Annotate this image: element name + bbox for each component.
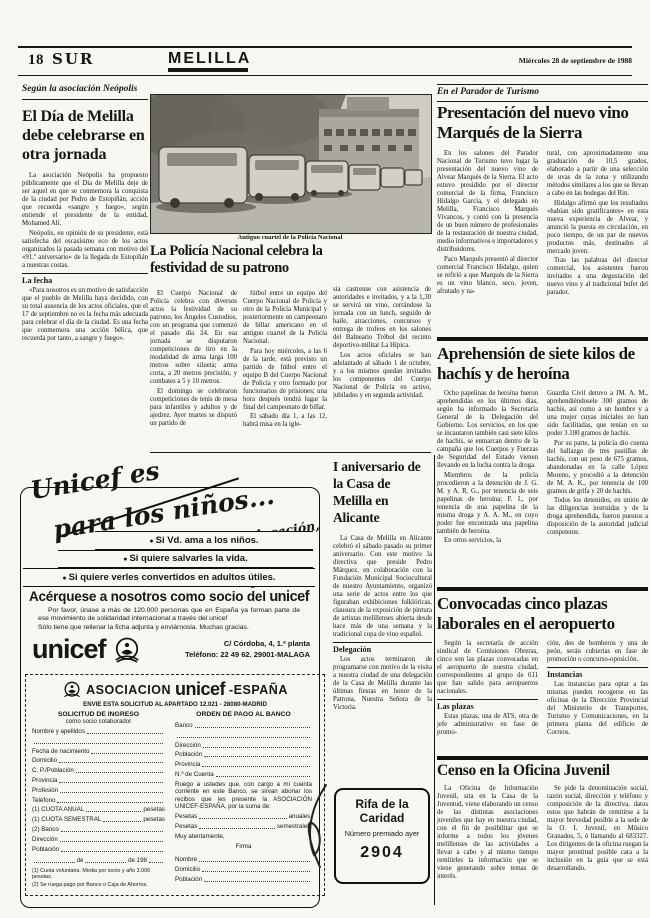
section-divider	[437, 756, 648, 760]
form-field-label: Fecha de nacimiento	[32, 748, 89, 755]
form-field-label: Domicilio	[175, 866, 200, 873]
header-bottom-rule	[18, 75, 632, 76]
form-field-label: Pesetas	[175, 823, 197, 830]
police-photo	[150, 94, 432, 234]
dotted-line	[199, 823, 275, 829]
association-label: ASOCIACION	[86, 683, 171, 697]
date-word: de	[77, 857, 84, 864]
article-body: Las instancias para optar a las mismas p…	[547, 681, 648, 737]
signature-label: Firma	[175, 843, 312, 850]
form-field-row: Pesetasanuales.	[175, 813, 312, 820]
article-aniversario: I aniversario de la Casa de Melilla en A…	[333, 458, 432, 714]
paragraph: Los actos terminaron de programarse con …	[333, 656, 432, 712]
dotted-line	[86, 806, 141, 812]
paragraph: Las instancias para optar a las mismas p…	[547, 681, 648, 737]
paragraph: En otros servicios, la	[437, 537, 538, 545]
paragraph: Miembros de la policía procedieron a la …	[437, 472, 538, 536]
coupon-send-line: ENVIE ESTA SOLICITUD AL APARTADO 12.021 …	[32, 701, 318, 708]
coupon-bottom-fields: NombreDomicilioPoblación	[175, 856, 312, 883]
form-field-label: Población	[175, 751, 202, 758]
article-column: tural, con aproximadamente una graduació…	[547, 150, 648, 333]
article-column: Guardia Civil detuvo a JM. A. M., aprehe…	[547, 390, 648, 583]
dotted-line	[61, 826, 163, 832]
form-field-row: Provincia	[175, 761, 312, 768]
coupon-left-subtitle: como socio colaborador	[32, 718, 165, 725]
form-field-row: Población	[175, 876, 312, 883]
ad-intro-paragraph: Por favor, únase a más de 120.000 person…	[38, 607, 300, 623]
dotted-line	[177, 732, 310, 738]
section-title: MELILLA	[168, 50, 251, 68]
form-field-label: Pesetas	[175, 813, 197, 820]
article-body: ción, dos de bomberos y una de peón, ser…	[547, 640, 648, 664]
form-field-row: (1) CUOTA SEMESTRALpesetas	[32, 816, 165, 823]
subhead-delegacion: Delegación	[333, 642, 432, 654]
dotted-line	[91, 748, 163, 754]
unicef-wordmark: unicef	[269, 589, 309, 605]
form-field-label: Teléfono	[32, 797, 55, 804]
unicef-address: C/ Córdoba, 4, 1.ª planta Teléfono: 22 4…	[148, 639, 310, 660]
form-field-label: (1) CUOTA ANUAL	[32, 806, 84, 813]
headline: I aniversario de la Casa de Melilla en A…	[333, 458, 432, 526]
kicker: En el Parador de Turismo	[437, 84, 648, 102]
form-field-row: N.º de Cuenta	[175, 771, 312, 778]
dotted-line	[216, 771, 310, 777]
form-field-row: C. P./Población	[32, 767, 165, 774]
ad-bullet-2: Si quiere salvarles la vida.	[58, 550, 313, 569]
form-field-label: Dirección	[175, 742, 201, 749]
form-field-row: Población	[32, 846, 165, 853]
ad-intro: Por favor, únase a más de 120.000 person…	[38, 607, 300, 634]
coupon-right-title: ORDEN DE PAGO AL BANCO	[175, 711, 312, 718]
form-field-row	[32, 738, 165, 745]
form-field-label: Domicilio	[32, 757, 57, 764]
header-top-rule	[18, 46, 632, 48]
rifa-label: Número premiado ayer	[336, 830, 428, 839]
section-underline	[168, 68, 248, 72]
unicef-coupon: ASOCIACION unicef -ESPAÑA ENVIE ESTA SOL…	[25, 674, 325, 896]
article-column: Según la secretaría de acción sindical d…	[437, 640, 538, 753]
paragraph: «Para nosotros es un motivo de satisfacc…	[22, 287, 148, 343]
headline: Presentación del nuevo vino Marqués de l…	[437, 103, 648, 143]
dotted-line	[103, 816, 141, 822]
ad-cta-text: Acérquese a nosotros como socio del	[29, 589, 269, 604]
form-field-row: (1) CUOTA ANUALpesetas	[32, 806, 165, 813]
paragraph: La Oficina de Información Juvenil, sita …	[437, 785, 538, 881]
association-suffix: -ESPAÑA	[229, 683, 288, 697]
newspaper-page: 18 SUR MELILLA Miércoles 28 de septiembr…	[0, 0, 650, 918]
headline: El Día de Melilla debe celebrarse en otr…	[22, 107, 148, 164]
form-field-label: Nombre	[175, 856, 197, 863]
coupon-left-fields: Nombre y apellidosFecha de nacimientoDom…	[32, 728, 165, 853]
address-line2: Teléfono: 22 49 62. 29001-MALAGA	[185, 650, 310, 659]
dotted-line	[202, 761, 310, 767]
headline: Aprehensión de siete kilos de hachís y d…	[437, 344, 648, 384]
dotted-line	[60, 787, 163, 793]
paragraph: Para hoy miércoles, a las 6 de la tarde,…	[243, 348, 327, 412]
paragraph: Guardia Civil detuvo a JM. A. M., aprehe…	[547, 390, 648, 438]
headline: La Policía Nacional celebra la festivida…	[150, 243, 342, 277]
article-column: sia castrense con asistencia de autorida…	[333, 286, 431, 450]
coupon-columns: SOLICITUD DE INGRESO como socio colabora…	[32, 711, 318, 889]
coupon-closing: Muy atentamente,	[175, 833, 312, 840]
masthead-logo: SUR	[52, 50, 94, 68]
pen-scribble	[304, 783, 330, 869]
subhead-las-plazas: Las plazas	[437, 699, 538, 711]
headline: Convocadas cinco plazas laborales en el …	[437, 594, 648, 634]
paragraph: fútbol entre un equipo del Cuerpo Nacion…	[243, 290, 327, 346]
dotted-line	[85, 857, 126, 863]
coupon-order-text: Ruego a ustedes que, con cargo a mi cuen…	[175, 781, 312, 811]
coupon-header: ASOCIACION unicef -ESPAÑA	[32, 679, 318, 700]
form-field-label: C. P./Población	[32, 767, 74, 774]
article-body: «Para nosotros es un motivo de satisfacc…	[22, 287, 148, 343]
police-photo-illustration	[151, 95, 431, 233]
article-body: Según la secretaría de acción sindical d…	[437, 640, 538, 696]
form-field-row: Profesión	[32, 787, 165, 794]
paragraph: La Casa de Melilla en Alicante celebró e…	[333, 535, 432, 639]
form-field-row: Población	[175, 751, 312, 758]
coupon-footnotes: (1) Cuota voluntaria. Media por socio y …	[32, 868, 165, 889]
form-field-row: Nombre	[175, 856, 312, 863]
form-field-label: Banco	[175, 722, 193, 729]
article-column: ción, dos de bomberos y una de peón, ser…	[547, 640, 648, 753]
form-field-row: Nombre y apellidos	[32, 728, 165, 735]
form-field-row: Dirección	[32, 836, 165, 843]
form-field-row: Domicilio	[175, 866, 312, 873]
form-field-row: Provincia	[32, 777, 165, 784]
dotted-line	[61, 846, 163, 852]
article-column: En los salones del Parador Nacional de T…	[437, 150, 538, 333]
form-field-label: Población	[32, 846, 59, 853]
unicef-wordmark: unicef	[175, 679, 225, 700]
subhead-la-fecha: La fecha	[22, 273, 148, 285]
paragraph: Todos los detenidos, en unión de las dil…	[547, 497, 648, 537]
article-body: La asociación Neópolis ha propuesto públ…	[22, 172, 148, 270]
dotted-line	[203, 742, 310, 748]
column-divider	[434, 455, 435, 905]
form-field-row: Fecha de nacimiento	[32, 748, 165, 755]
article-bottom-rule	[150, 452, 431, 453]
article-column: Ocho papelinas de heroína fueron aprehen…	[437, 390, 538, 583]
footnote: (2) Se ruega pago por Banco o Caja de Ah…	[32, 882, 165, 889]
article-column: fútbol entre un equipo del Cuerpo Nacion…	[243, 290, 327, 450]
dotted-line	[199, 856, 310, 862]
paragraph: El Cuerpo Nacional de Policía celebra co…	[150, 290, 237, 386]
paragraph: Por su parte, la policía dio cuenta del …	[547, 440, 648, 496]
form-field-label: (2) Banco	[32, 826, 59, 833]
dotted-line	[34, 738, 163, 744]
form-field-label: Dirección	[32, 836, 58, 843]
form-field-row: Dirección	[175, 742, 312, 749]
dotted-line	[59, 757, 163, 763]
rifa-caridad-box: Rifa de la Caridad Número premiado ayer …	[334, 788, 430, 884]
folio: 18 SUR	[28, 50, 94, 69]
headline: Censo en la Oficina Juvenil	[437, 762, 648, 780]
form-field-row: Domicilio	[32, 757, 165, 764]
form-field-row: Banco	[175, 722, 312, 729]
rifa-winning-number: 2904	[336, 844, 428, 862]
unicef-globe-icon	[62, 680, 82, 700]
paragraph: En los salones del Parador Nacional de T…	[437, 150, 538, 254]
page-number: 18	[28, 52, 44, 69]
paragraph: Tras las palabras del director comercial…	[547, 257, 648, 297]
coupon-left-column: SOLICITUD DE INGRESO como socio colabora…	[32, 711, 165, 889]
paragraph: Se pide la denominación social, razón so…	[547, 785, 648, 873]
footnote: (1) Cuota voluntaria. Media por socio y …	[32, 868, 165, 881]
paragraph: El sábado día 1, a las 12, habrá misa en…	[243, 413, 327, 429]
dotted-line	[149, 857, 163, 863]
coupon-left-title: SOLICITUD DE INGRESO	[32, 711, 165, 718]
paragraph: Según la secretaría de acción sindical d…	[437, 640, 538, 696]
form-field-row: Pesetassemestrales.	[175, 823, 312, 830]
article-dia-melilla: Según la asociación Neópolis El Día de M…	[22, 84, 148, 344]
date-year-prefix: de 198	[128, 857, 147, 864]
form-field-row: (2) Banco	[32, 826, 165, 833]
paragraph: Ocho papelinas de heroína fueron aprehen…	[437, 390, 538, 470]
paragraph: tural, con aproximadamente una graduació…	[547, 150, 648, 198]
dotted-line	[59, 777, 163, 783]
form-field-label: Provincia	[32, 777, 57, 784]
ad-bullet-3: Si quiere verles convertidos en adultos …	[23, 568, 315, 587]
dotted-line	[202, 866, 310, 872]
page-date: Miércoles 28 de septiembre de 1988	[400, 56, 632, 65]
subhead-instancias: Instancias	[547, 667, 648, 679]
dotted-line	[60, 836, 163, 842]
paragraph: Paco Marqués presentó al director comerc…	[437, 256, 538, 296]
address-line1: C/ Córdoba, 4, 1.ª planta	[224, 639, 310, 648]
form-field-label: (1) CUOTA SEMESTRAL	[32, 816, 101, 823]
dotted-line	[34, 857, 75, 863]
section-divider	[437, 337, 648, 341]
rifa-title: Rifa de la Caridad	[336, 798, 428, 825]
paragraph: sia castrense con asistencia de autorida…	[333, 286, 431, 350]
form-field-label: Población	[175, 876, 202, 883]
dotted-line	[204, 751, 310, 757]
ad-intro-paragraph: Sólo tiene que rellenar la ficha adjunta…	[38, 624, 300, 632]
paragraph: Estas plazas, una de ATS, otra de jefe a…	[437, 713, 538, 737]
dotted-line	[76, 767, 163, 773]
paragraph: Neópolis, en opinión de su presidente, e…	[22, 230, 148, 270]
article-column: La Oficina de Información Juvenil, sita …	[437, 785, 538, 907]
dotted-line	[195, 722, 310, 728]
unicef-logo-row: unicef C/ Córdoba, 4, 1.ª planta Teléfon…	[32, 634, 310, 665]
form-field-label: N.º de Cuenta	[175, 771, 214, 778]
photo-caption: Antiguo cuartel de la Policía Nacional	[150, 234, 430, 241]
ad-bullet-1: Si Vd. ama a los niños.	[95, 531, 313, 550]
form-field-label: Profesión	[32, 787, 58, 794]
paragraph: ción, dos de bomberos y una de peón, ser…	[547, 640, 648, 664]
paragraph: Los actos oficiales se han adelantado al…	[333, 352, 431, 400]
coupon-right-fields: BancoDirecciónPoblaciónProvinciaN.º de C…	[175, 722, 312, 778]
section-divider	[437, 587, 648, 591]
form-field-label: Nombre y apellidos	[32, 728, 85, 735]
form-field-suffix: pesetas	[143, 816, 165, 823]
coupon-date-line: de de 198	[32, 857, 165, 864]
coupon-right-column: ORDEN DE PAGO AL BANCO BancoDirecciónPob…	[175, 711, 312, 889]
article-column: Se pide la denominación social, razón so…	[547, 785, 648, 907]
paragraph: La asociación Neópolis ha propuesto públ…	[22, 172, 148, 228]
dotted-line	[199, 813, 286, 819]
unicef-wordmark: unicef	[32, 634, 106, 665]
dotted-line	[87, 728, 163, 734]
form-field-row: Teléfono	[32, 797, 165, 804]
article-body: La Casa de Melilla en Alicante celebró e…	[333, 535, 432, 639]
kicker: Según la asociación Neópolis	[22, 84, 148, 100]
dotted-line	[204, 876, 310, 882]
unicef-globe-icon	[112, 635, 142, 665]
ad-cta: Acérquese a nosotros como socio del unic…	[23, 589, 315, 605]
form-field-suffix: pesetas	[143, 806, 165, 813]
dotted-line	[57, 797, 163, 803]
article-body: Los actos terminaron de programarse con …	[333, 656, 432, 712]
coupon-amount-fields: Pesetasanuales.Pesetassemestrales.	[175, 813, 312, 830]
paragraph: El domingo se celebraron competiciones d…	[150, 388, 237, 428]
article-body: Estas plazas, una de ATS, otra de jefe a…	[437, 713, 538, 737]
form-field-row	[175, 732, 312, 739]
article-column: El Cuerpo Nacional de Policía celebra co…	[150, 290, 237, 450]
form-field-label: Provincia	[175, 761, 200, 768]
paragraph: Hidalgo afirmó que los resultados «había…	[547, 200, 648, 256]
